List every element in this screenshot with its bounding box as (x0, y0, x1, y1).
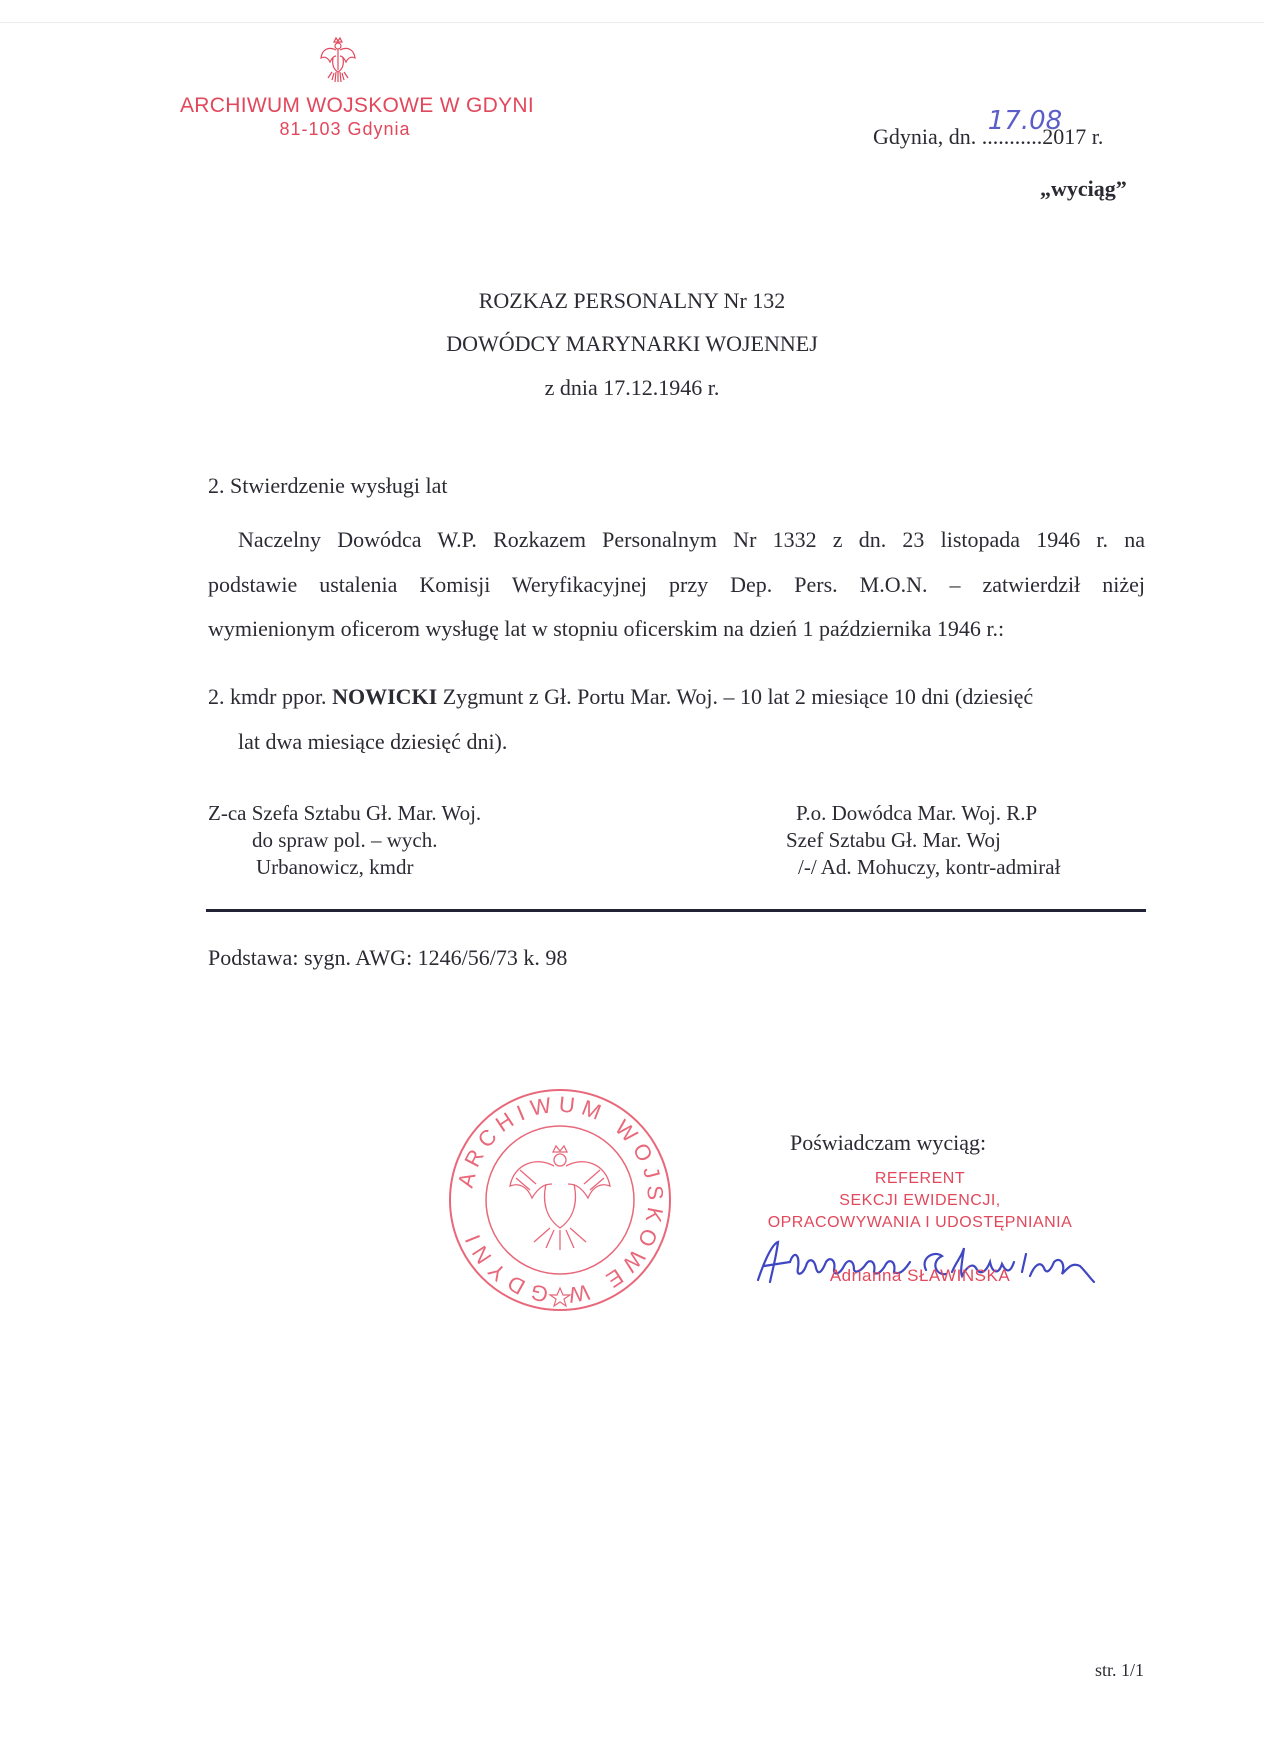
basis-reference: Podstawa: sygn. AWG: 1246/56/73 k. 98 (208, 945, 567, 971)
stamp-line-2: SEKCJI EWIDENCJI, (720, 1192, 1120, 1210)
sig-right-line-1: P.o. Dowódca Mar. Woj. R.P (786, 800, 1146, 827)
officer-entry-continuation: lat dwa miesiące dziesięć dni). (238, 729, 507, 755)
sig-left-line-3: Urbanowicz, kmdr (208, 854, 568, 881)
officer-entry: 2. kmdr ppor. NOWICKI Zygmunt z Gł. Port… (208, 684, 1033, 710)
section-heading: 2. Stwierdzenie wysługi lat (208, 473, 448, 499)
paragraph-line-3: wymienionym oficerom wysługę lat w stopn… (208, 616, 1004, 642)
polish-eagle-emblem-icon (318, 36, 358, 84)
handwritten-date: 17.08 (988, 106, 1062, 136)
round-seal-icon: ARCHIWUM WOJSKOWE W GDYNI (440, 1080, 680, 1320)
sig-left-line-1: Z-ca Szefa Sztabu Gł. Mar. Woj. (208, 800, 568, 827)
officer-surname: NOWICKI (332, 684, 437, 709)
certification-label: Poświadczam wyciąg: (790, 1130, 986, 1156)
archive-name: ARCHIWUM WOJSKOWE W GDYNI (180, 94, 510, 118)
signatory-name: Adrianna SŁAWIŃSKA (720, 1266, 1120, 1286)
title-line-2: DOWÓDCY MARYNARKI WOJENNEJ (0, 331, 1264, 357)
officer-details: Zygmunt z Gł. Portu Mar. Woj. – 10 lat 2… (443, 684, 1034, 709)
archive-address: 81-103 Gdynia (180, 119, 510, 140)
date-prefix: Gdynia, dn. (873, 124, 976, 149)
document-type: „wyciąg” (1040, 176, 1127, 202)
signature-block-left: Z-ca Szefa Sztabu Gł. Mar. Woj. do spraw… (208, 800, 568, 881)
date-line: Gdynia, dn. 17.08 ...........2017 r. (873, 124, 1103, 150)
paragraph-line-1: Naczelny Dowódca W.P. Rozkazem Personaln… (238, 527, 1145, 553)
officer-rank: 2. kmdr ppor. (208, 684, 327, 709)
signature-block-right: P.o. Dowódca Mar. Woj. R.P Szef Sztabu G… (786, 800, 1146, 881)
stamp-line-3: OPRACOWYWANIA I UDOSTĘPNIANIA (720, 1214, 1120, 1232)
paragraph-line-2: podstawie ustalenia Komisji Weryfikacyjn… (208, 572, 1145, 598)
sig-right-line-3: /-/ Ad. Mohuczy, kontr-admirał (786, 854, 1146, 881)
scan-edge-line (0, 22, 1264, 23)
horizontal-divider (206, 909, 1146, 912)
page-number: str. 1/1 (1095, 1660, 1144, 1681)
stamp-line-1: REFERENT (720, 1170, 1120, 1188)
title-line-3: z dnia 17.12.1946 r. (0, 375, 1264, 401)
sig-left-line-2: do spraw pol. – wych. (208, 827, 568, 854)
svg-text:ARCHIWUM WOJSKOWE W GDYNI: ARCHIWUM WOJSKOWE W GDYNI (453, 1091, 669, 1308)
sig-right-line-2: Szef Sztabu Gł. Mar. Woj (786, 827, 1146, 854)
title-line-1: ROZKAZ PERSONALNY Nr 132 (0, 288, 1264, 314)
